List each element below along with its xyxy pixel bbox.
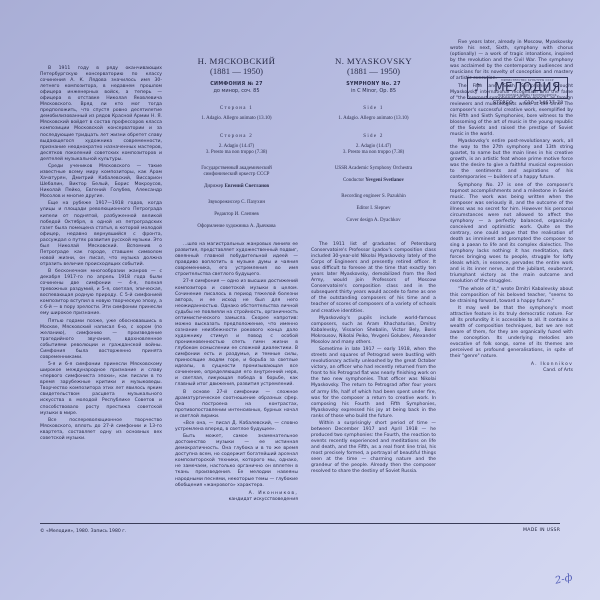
side1-label-en: Side 1 (311, 106, 436, 112)
paragraph: Все послереволюционное творчество Мясков… (40, 418, 162, 442)
paragraph: 27-я симфония — одно из высших достижени… (175, 279, 298, 388)
paragraph: В бесконечном многообразии жанров — с де… (40, 269, 162, 317)
editor-en: Editor I. Slepnev (311, 206, 436, 212)
conductor-name-ru: Евгений Светланов (225, 184, 269, 189)
format-label: STEREO (493, 101, 513, 106)
paragraph: Sometime in late 1917 — early 1918, when… (311, 347, 436, 420)
logo-brand-name: МЕЛОДИЯ (488, 81, 567, 94)
editor-ru: Редактор И. Слепнев (175, 212, 298, 218)
cover-design-ru: Оформление художника А. Дьячкова (175, 224, 298, 230)
paragraph: Еще на рубеже 1917—1918 годов, когда ули… (40, 201, 162, 268)
catalog-info: STEREOС10—14677-78 (493, 101, 564, 106)
track-item: 3. Presto ma non troppo (7.38) (175, 150, 298, 156)
work-key-ru: до минор, соч. 85 (175, 88, 298, 94)
paragraph: It may well be that the symphony's most … (450, 306, 573, 360)
side1-label-ru: Сторона 1 (175, 106, 298, 112)
paragraph: В основе 27-й симфонии — сложное драмату… (175, 390, 298, 420)
paragraph: Within a surprisingly short period of ti… (311, 421, 436, 475)
author-signature: А. Иконников,кандидат искусствоведения (175, 491, 298, 503)
side2-label-ru: Сторона 2 (175, 134, 298, 140)
orchestra-ru: Государственный академический симфоничес… (175, 166, 298, 178)
melodiya-logo: ♪ МИНИСТЕРСТВО КУЛЬТУРЫ СССР МЕЛОДИЯ ВСЕ… (467, 77, 568, 99)
composer-years-ru: (1881 — 1950) (175, 66, 298, 76)
composer-name-en: N. MYASKOVSKY (311, 56, 436, 66)
work-key-en: in C Minor, Op. 85 (311, 88, 436, 94)
conductor-ru: Дирижер Евгений Светланов (175, 184, 298, 190)
paragraph: В 1911 году в ряду оканчивающих Петербур… (40, 66, 162, 163)
melodiya-emblem-icon: ♪ (470, 81, 485, 95)
engineer-en: Recording engineer S. Pazukhin (311, 194, 436, 200)
side2-tracks-ru: 2. Adagio (14.47)3. Presto ma non troppo… (175, 144, 298, 156)
side1-tracks-ru: 1. Adagio. Allegro animato (13.10) (175, 116, 298, 122)
paragraph: Symphony No. 27 is one of the composer's… (450, 183, 573, 286)
conductor-label-en: Conductor (343, 178, 364, 183)
header-ru: Н. МЯСКОВСКИЙ (1881 — 1950) СИМФОНИЯ № 2… (175, 56, 298, 230)
copyright-notice: © «Мелодия», 1980. Запись 1980 г. (40, 529, 126, 534)
catalog-number: С10—14677-78 (524, 101, 563, 106)
paragraph: «Все она, — писал Д. Кабалевский, — слов… (175, 421, 298, 433)
paragraph: The 1911 list of graduates of Petersburg… (311, 242, 436, 315)
paragraph: Быть может, самое знаменательное достоин… (175, 434, 298, 488)
liner-notes-en-column-1: The 1911 list of graduates of Petersburg… (311, 242, 436, 477)
conductor-name-en: Yevgeni Svetlanov (365, 178, 404, 183)
logo-company-text: ВСЕСОЮЗНАЯ ФИРМА ГРАМПЛАСТИНОК (488, 94, 567, 97)
engineer-ru: Звукорежиссер С. Пазухин (175, 200, 298, 206)
author-title: Cand. of Arts (450, 368, 573, 374)
track-item: 1. Adagio. Allegro animato (13.10) (311, 116, 436, 122)
orchestra-line2-ru: симфонический оркестр СССР (175, 172, 298, 178)
cover-design-en: Cover design A. Dyachkov (311, 218, 436, 224)
paragraph: Пятью годами позже, уже обосновавшись в … (40, 319, 162, 361)
side2-tracks-en: 2. Adagio (14.47)3. Presto ma non troppo… (311, 144, 436, 156)
track-item: 1. Adagio. Allegro animato (13.10) (175, 116, 298, 122)
author-title: кандидат искусствоведения (175, 497, 298, 503)
paragraph: 5-я и 6-я симфонии принесли Мясковскому … (40, 362, 162, 416)
track-item: 3. Presto ma non troppo (7.38) (311, 150, 436, 156)
liner-notes-ru-column-2: ...шло на магистральных жанровых линиях … (175, 242, 298, 503)
composer-name-ru: Н. МЯСКОВСКИЙ (175, 56, 298, 66)
handwritten-mark: 2-ф (554, 572, 573, 586)
header-en: N. MYASKOVSKY (1881 — 1950) SYMPHONY No.… (311, 56, 436, 224)
conductor-label-ru: Дирижер (204, 184, 223, 189)
paragraph: Myaskovsky's pupils include world-famous… (311, 316, 436, 346)
orchestra-en: USSR Academic Symphony Orchestra (311, 166, 436, 172)
author-signature: A. IkonnikovCand. of Arts (450, 362, 573, 374)
composer-years-en: (1881 — 1950) (311, 66, 436, 76)
logo-text-box: МИНИСТЕРСТВО КУЛЬТУРЫ СССР МЕЛОДИЯ ВСЕСО… (487, 78, 567, 98)
liner-notes-ru-column-1: В 1911 году в ряду оканчивающих Петербур… (40, 66, 162, 443)
paragraph: Среди учеников Мясковского — такие извес… (40, 164, 162, 200)
side1-tracks-en: 1. Adagio. Allegro animato (13.10) (311, 116, 436, 122)
made-in-label: MADE IN USSR (523, 528, 560, 533)
paragraph: Myaskovsky's entire post-revolutionary w… (450, 139, 573, 181)
paragraph: ...шло на магистральных жанровых линиях … (175, 242, 298, 278)
footer-divider (40, 523, 560, 524)
paragraph: Five years later, already in Moscow, Mya… (450, 40, 573, 82)
side2-label-en: Side 2 (311, 134, 436, 140)
conductor-en: Conductor Yevgeni Svetlanov (311, 178, 436, 184)
paragraph: "The whole of it," wrote Dmitri Kabalevs… (450, 287, 573, 305)
